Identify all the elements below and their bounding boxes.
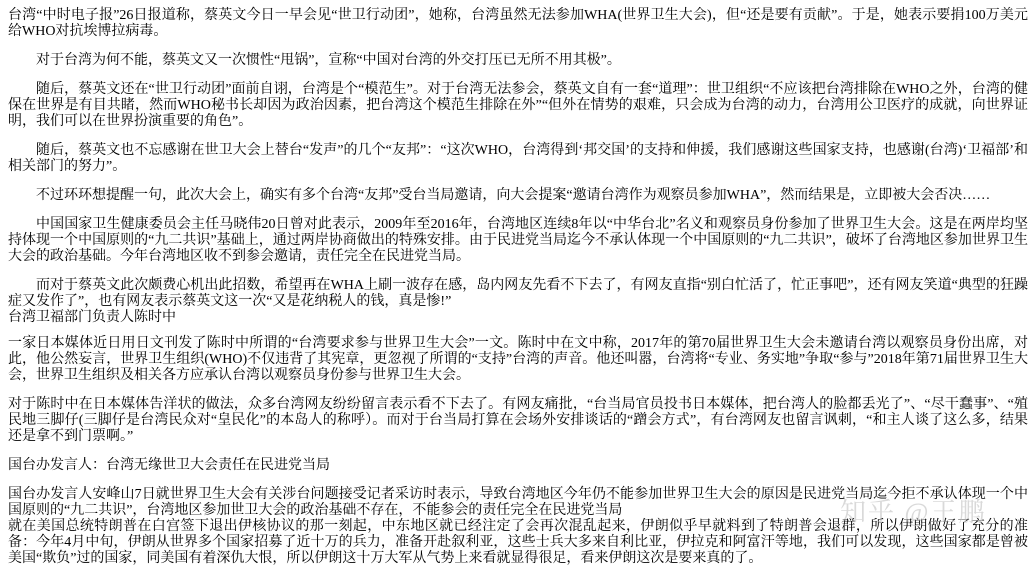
paragraph: 国台办发言人安峰山7日就世界卫生大会有关涉台问题接受记者采访时表示，导致台湾地区… — [8, 487, 1028, 519]
paragraph: 中国国家卫生健康委员会主任马晓伟20日曾对此表示，2009年至2016年，台湾地… — [8, 217, 1028, 265]
paragraph: 对于台湾为何不能，蔡英文又一次惯性“甩锅”，宣称“中国对台湾的外交打压已无所不用… — [8, 53, 1028, 69]
paragraph: 随后，蔡英文也不忘感谢在世卫大会上替台“发声”的几个“友邦”：“这次WHO，台湾… — [8, 143, 1028, 175]
paragraph: 不过环环想提醒一句，此次大会上，确实有多个台湾“友邦”受台当局邀请，向大会提案“… — [8, 188, 1028, 204]
section-heading: 国台办发言人：台湾无缘世卫大会责任在民进党当局 — [8, 458, 1028, 474]
paragraph: 一家日本媒体近日用日文刊发了陈时中所谓的“台湾要求参与世界卫生大会”一文。陈时中… — [8, 336, 1028, 384]
article-page: { "page": { "background_color": "#ffffff… — [0, 0, 1036, 567]
paragraph: 就在美国总统特朗普在白宫签下退出伊核协议的那一刻起，中东地区就已经注定了会再次混… — [8, 519, 1028, 567]
paragraph-lead: 台湾“中时电子报”26日报道称，蔡英文今日一早会见“世卫行动团”，她称，台湾虽然… — [8, 8, 1028, 40]
paragraph: 随后，蔡英文还在“世卫行动团”面前自诩，台湾是个“模范生”。对于台湾无法参会，蔡… — [8, 82, 1028, 130]
paragraph: 对于陈时中在日本媒体告洋状的做法，众多台湾网友纷纷留言表示看不下去了。有网友痛批… — [8, 397, 1028, 445]
image-caption: 台湾卫福部门负责人陈时中 — [8, 310, 1028, 326]
article-body: 台湾“中时电子报”26日报道称，蔡英文今日一早会见“世卫行动团”，她称，台湾虽然… — [0, 0, 1036, 567]
paragraph: 而对于蔡英文此次颇费心机出此招数，希望再在WHA上刷一波存在感，岛内网友先看不下… — [8, 278, 1028, 310]
